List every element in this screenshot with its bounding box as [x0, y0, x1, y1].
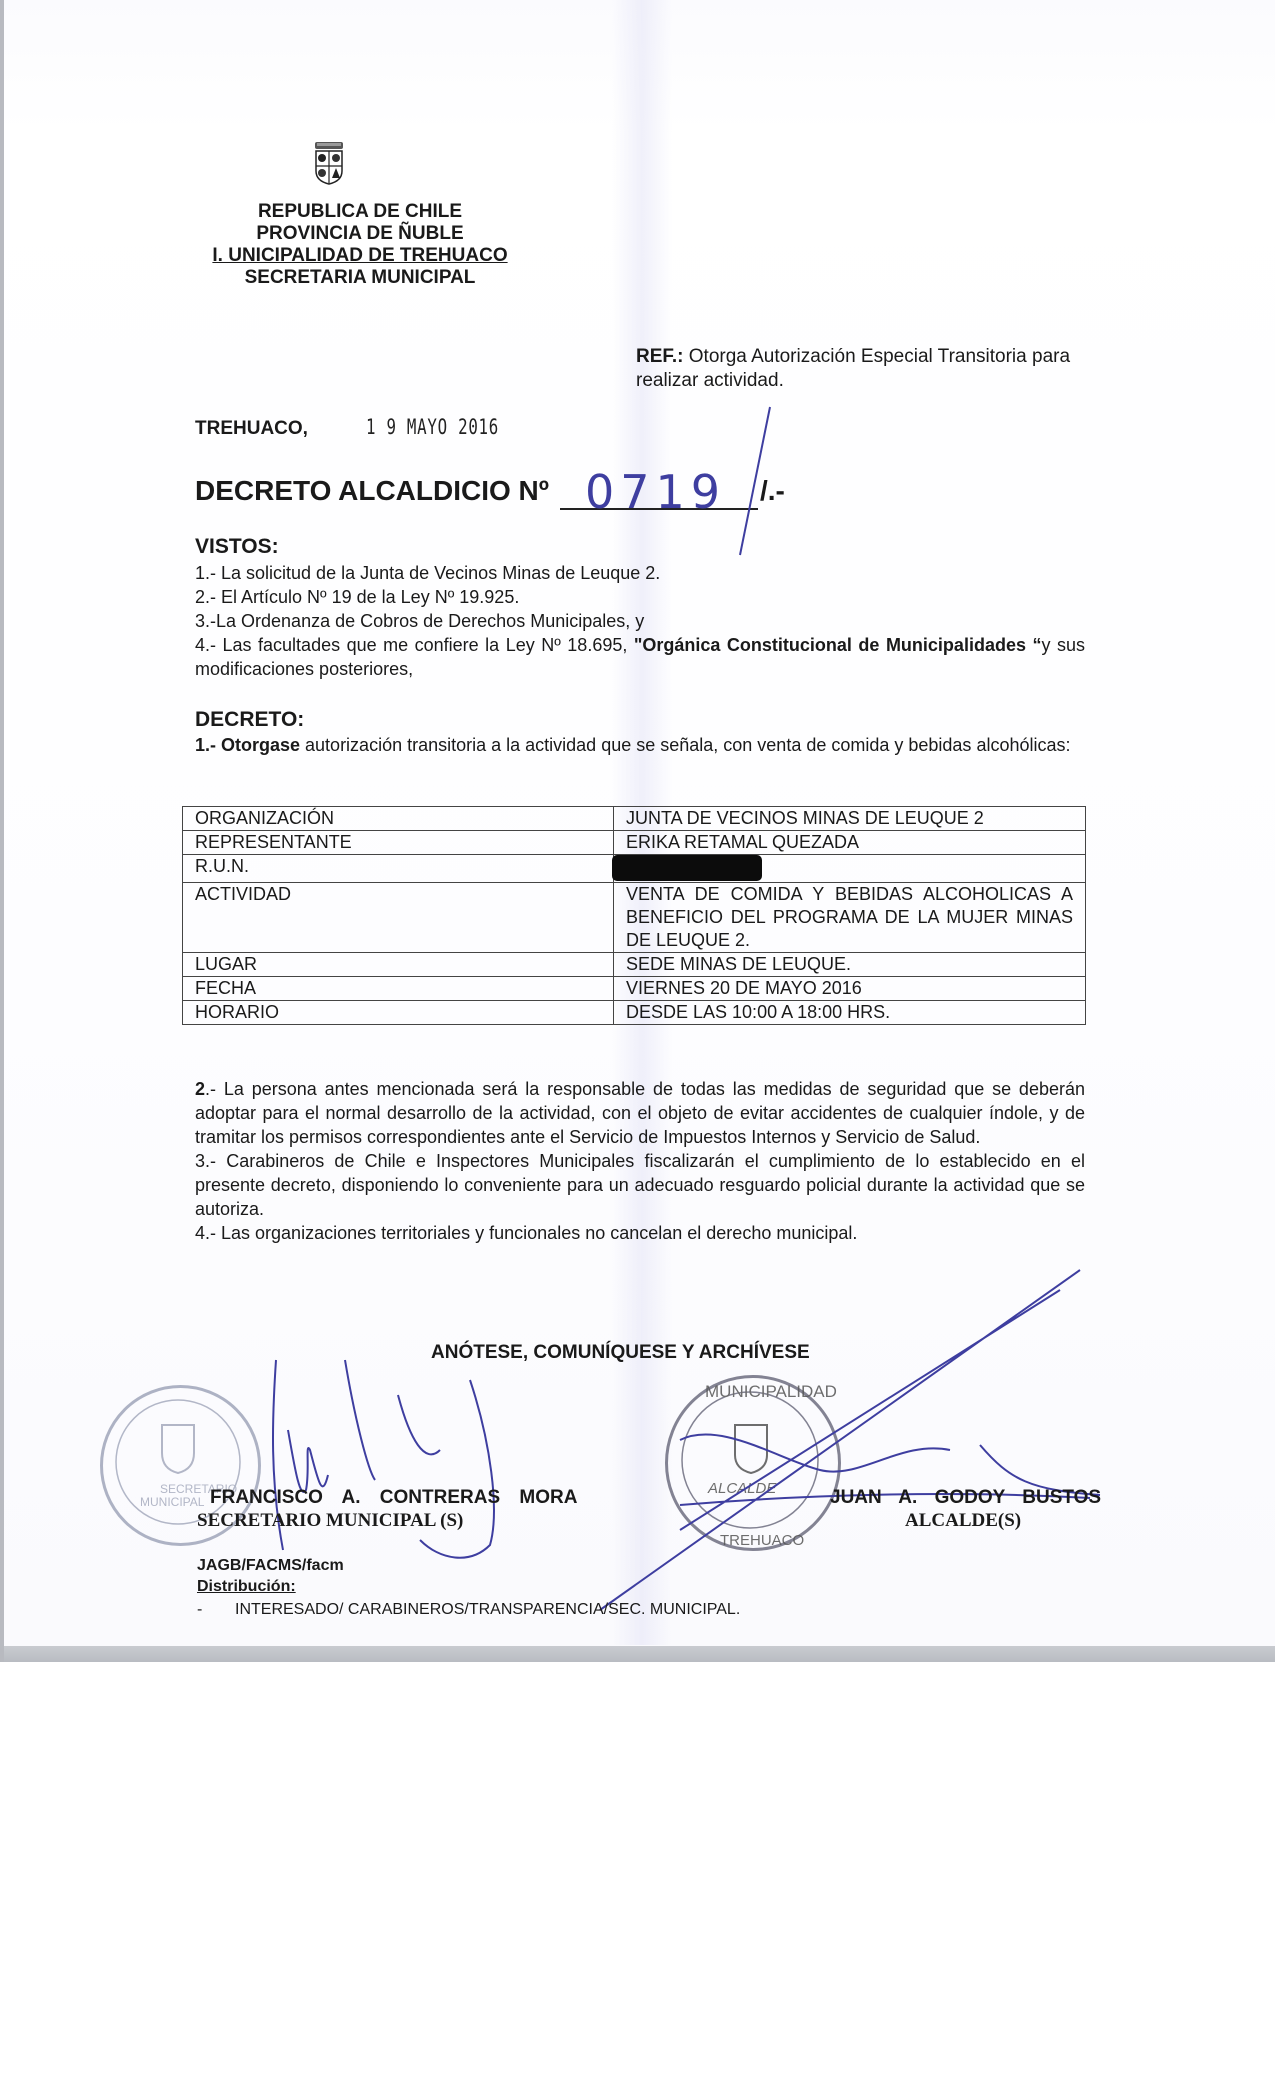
vistos-item: 2.- El Artículo Nº 19 de la Ley Nº 19.92… — [195, 585, 1085, 609]
article-1: 1.- Otorgase autorización transitoria a … — [195, 733, 1085, 757]
table-value: VENTA DE COMIDA Y BEBIDAS ALCOHOLICAS A … — [614, 883, 1086, 953]
decreto-section-title: DECRETO: — [195, 708, 304, 732]
table-value: JUNTA DE VECINOS MINAS DE LEUQUE 2 — [614, 807, 1086, 831]
stamped-date: 1 9 MAYO 2016 — [366, 415, 499, 439]
vistos-item: 1.- La solicitud de la Junta de Vecinos … — [195, 561, 1085, 585]
table-row: ACTIVIDADVENTA DE COMIDA Y BEBIDAS ALCOH… — [183, 883, 1086, 953]
table-label: HORARIO — [183, 1001, 614, 1025]
table-row: ORGANIZACIÓNJUNTA DE VECINOS MINAS DE LE… — [183, 807, 1086, 831]
table-label: ORGANIZACIÓN — [183, 807, 614, 831]
decree-title: DECRETO ALCALDICIO Nº — [195, 475, 549, 507]
secretary-title: SECRETARIO MUNICIPAL (S) — [197, 1510, 463, 1532]
header-municipality: I. UNICIPALIDAD DE TREHUACO — [180, 245, 540, 267]
secretary-name: FRANCISCO A. CONTRERAS MORA — [210, 1487, 610, 1509]
article-2: 2.- La persona antes mencionada será la … — [195, 1077, 1085, 1149]
mayor-title: ALCALDE(S) — [905, 1510, 1021, 1532]
vistos-list: 1.- La solicitud de la Junta de Vecinos … — [195, 561, 1085, 681]
table-label: FECHA — [183, 977, 614, 1001]
article-1-text: autorización transitoria a la actividad … — [300, 735, 1070, 755]
table-label: LUGAR — [183, 953, 614, 977]
municipal-coat-of-arms-icon — [311, 141, 347, 185]
mayor-name: JUAN A. GODOY BUSTOS — [830, 1487, 1101, 1509]
article-3: 3.- Carabineros de Chile e Inspectores M… — [195, 1149, 1085, 1221]
table-value: SEDE MINAS DE LEUQUE. — [614, 953, 1086, 977]
reference-text: Otorga Autorización Especial Transitoria… — [636, 346, 1070, 391]
table-row: R.U.N. — [183, 855, 1086, 883]
vistos-title: VISTOS: — [195, 535, 279, 559]
header-province: PROVINCIA DE ÑUBLE — [180, 223, 540, 245]
handwritten-decree-number: 0719 — [585, 465, 726, 519]
permit-details-table: ORGANIZACIÓNJUNTA DE VECINOS MINAS DE LE… — [182, 806, 1086, 1025]
table-row: REPRESENTANTEERIKA RETAMAL QUEZADA — [183, 831, 1086, 855]
header-republic: REPUBLICA DE CHILE — [180, 201, 540, 223]
article-4: 4.- Las organizaciones territoriales y f… — [195, 1221, 1085, 1245]
redaction-block — [612, 855, 762, 881]
author-initials: JAGB/FACMS/facm — [197, 1557, 344, 1575]
table-row: FECHAVIERNES 20 DE MAYO 2016 — [183, 977, 1086, 1001]
table-value: VIERNES 20 DE MAYO 2016 — [614, 977, 1086, 1001]
mayor-seal-stamp — [665, 1375, 841, 1551]
table-value: ERIKA RETAMAL QUEZADA — [614, 831, 1086, 855]
vistos-item: 4.- Las facultades que me confiere la Le… — [195, 633, 1085, 681]
reference-label: REF.: — [636, 346, 684, 367]
table-label: ACTIVIDAD — [183, 883, 614, 953]
table-row: HORARIODESDE LAS 10:00 A 18:00 HRS. — [183, 1001, 1086, 1025]
table-label: REPRESENTANTE — [183, 831, 614, 855]
distribution-list: -INTERESADO/ CARABINEROS/TRANSPARENCIA/S… — [197, 1601, 740, 1619]
reference: REF.: Otorga Autorización Especial Trans… — [636, 345, 1096, 393]
articles-2-to-4: 2.- La persona antes mencionada será la … — [195, 1077, 1085, 1245]
table-row: LUGARSEDE MINAS DE LEUQUE. — [183, 953, 1086, 977]
vistos-item: 3.-La Ordenanza de Cobros de Derechos Mu… — [195, 609, 1085, 633]
decree-suffix: /.- — [760, 475, 785, 507]
closing-formula: ANÓTESE, COMUNÍQUESE Y ARCHÍVESE — [431, 1342, 810, 1364]
article-1-lead: 1.- Otorgase — [195, 735, 300, 755]
header-department: SECRETARIA MUNICIPAL — [180, 267, 540, 289]
table-value: DESDE LAS 10:00 A 18:00 HRS. — [614, 1001, 1086, 1025]
table-value — [614, 855, 1086, 883]
city: TREHUACO, — [195, 418, 308, 440]
table-label: R.U.N. — [183, 855, 614, 883]
distribution-label: Distribución: — [197, 1578, 296, 1596]
